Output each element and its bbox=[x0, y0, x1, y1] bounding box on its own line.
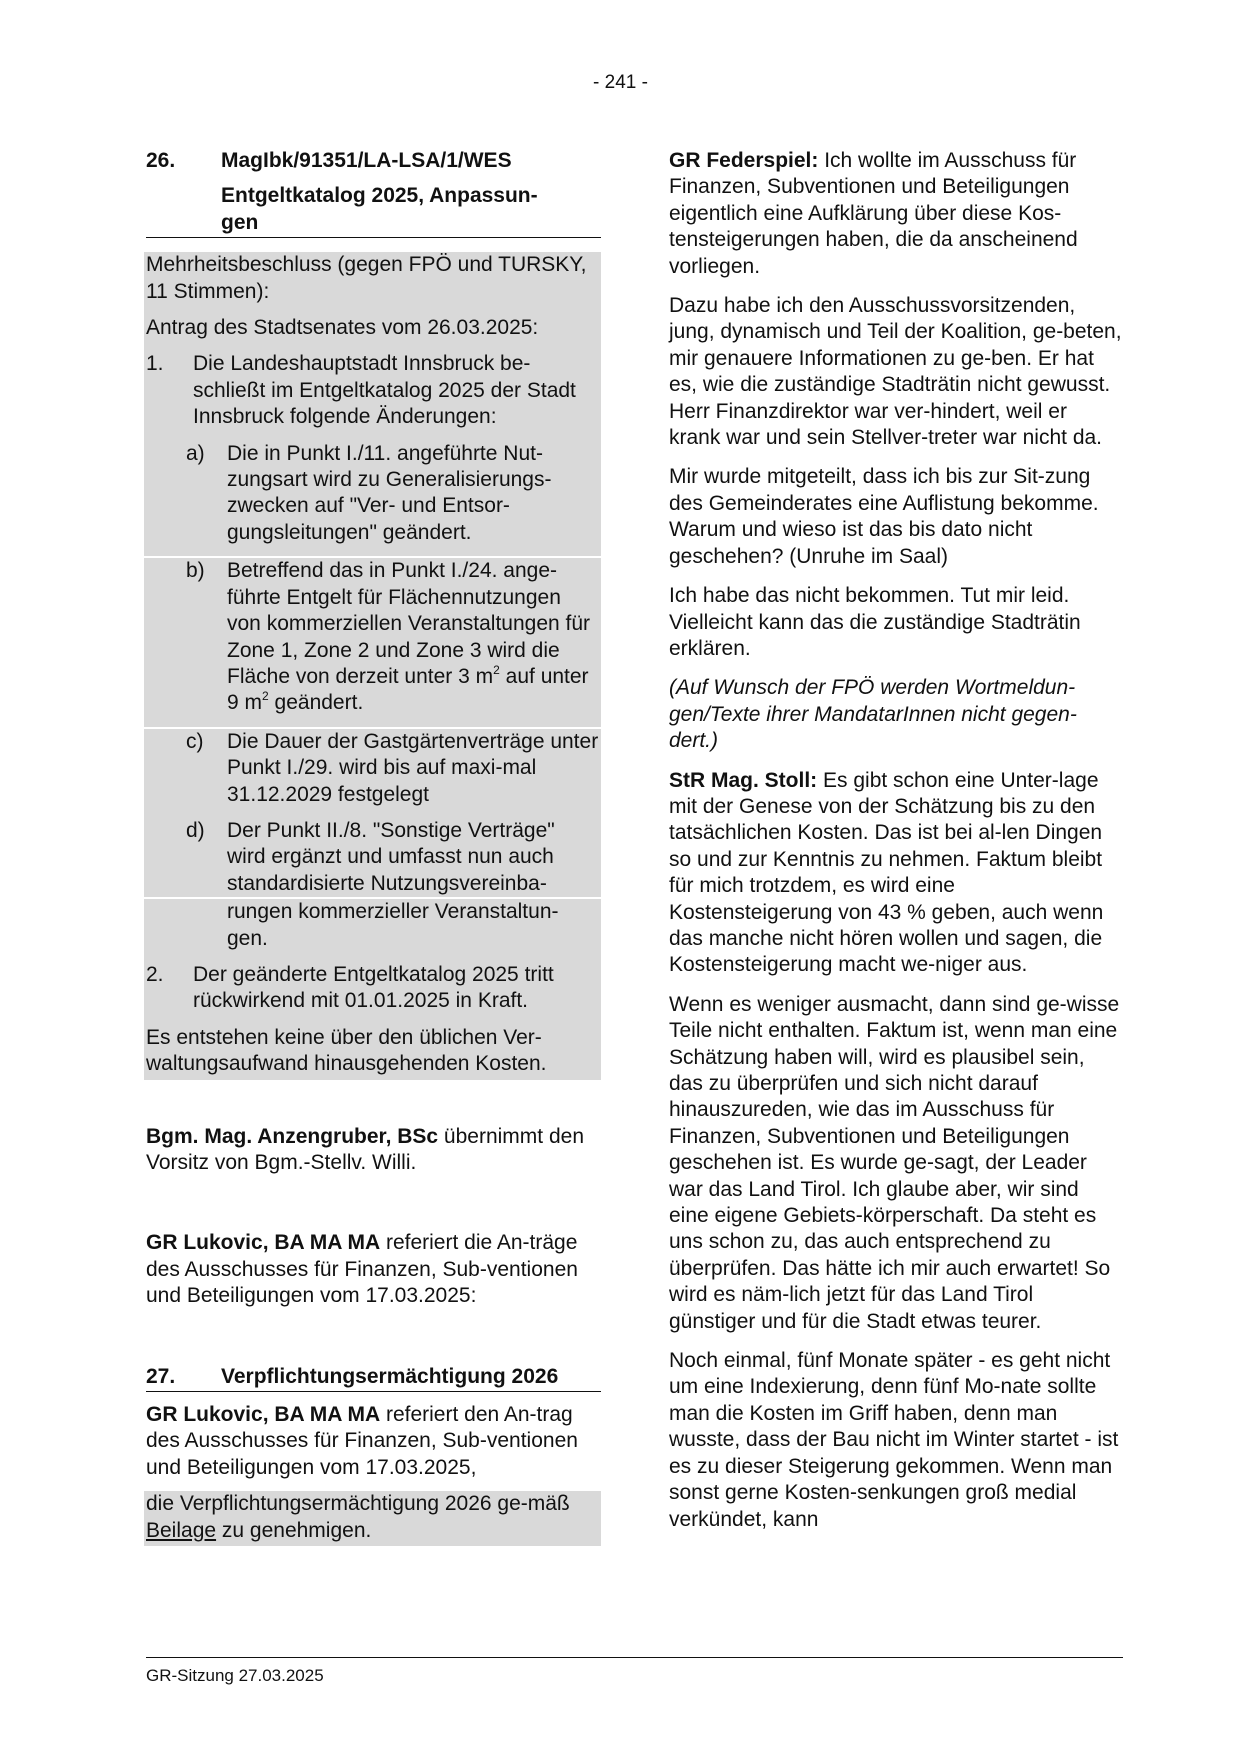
item-27-number: 27. bbox=[146, 1364, 221, 1390]
item-26-reference: MagIbk/91351/LA-LSA/1/WES bbox=[221, 148, 601, 174]
resolution-sub-c: c) Die Dauer der Gastgärtenverträge unte… bbox=[146, 729, 599, 818]
statement-stoll: StR Mag. Stoll: Es gibt schon eine Unter… bbox=[669, 768, 1123, 979]
resolution-sub-b: b) Betreffend das in Punkt I./24. ange-f… bbox=[146, 558, 599, 726]
sub-text: Die Dauer der Gastgärtenverträge unter P… bbox=[227, 729, 599, 808]
resolution-sub-d: d) Der Punkt II./8. "Sonstige Verträge" … bbox=[146, 818, 599, 897]
point-number: 2. bbox=[146, 962, 193, 1015]
spacer bbox=[186, 899, 227, 952]
resolution-block: Mehrheitsbeschluss (gegen FPÖ und TURSKY… bbox=[144, 252, 601, 556]
resolution-point-2: 2. Der geänderte Entgeltkatalog 2025 tri… bbox=[146, 962, 599, 1025]
speaker-name: GR Federspiel: bbox=[669, 149, 818, 172]
paragraph: Ich habe das nicht bekommen. Tut mir lei… bbox=[669, 583, 1123, 662]
speaker-name: GR Lukovic, BA MA MA bbox=[146, 1231, 380, 1254]
resolution-block-end: rungen kommerzieller Veranstaltun-gen. 2… bbox=[144, 899, 601, 1079]
beilage-link[interactable]: Beilage bbox=[146, 1519, 216, 1542]
motion-text-part: zu genehmigen. bbox=[216, 1519, 371, 1542]
paragraph: Noch einmal, fünf Monate später - es geh… bbox=[669, 1348, 1123, 1533]
item-27-motion: die Verpflichtungsermächtigung 2026 ge-m… bbox=[144, 1491, 601, 1546]
point-text: Der geänderte Entgeltkatalog 2025 tritt … bbox=[193, 962, 599, 1015]
cost-statement: Es entstehen keine über den üblichen Ver… bbox=[146, 1025, 599, 1080]
resolution-point-1: 1. Die Landeshauptstadt Innsbruck be-sch… bbox=[146, 351, 599, 440]
sub-text: Der Punkt II./8. "Sonstige Verträge" wir… bbox=[227, 818, 599, 897]
statement-federspiel: GR Federspiel: Ich wollte im Ausschuss f… bbox=[669, 148, 1123, 280]
footer-session: GR-Sitzung 27.03.2025 bbox=[146, 1666, 324, 1686]
right-column: GR Federspiel: Ich wollte im Ausschuss f… bbox=[669, 148, 1123, 1546]
sub-label: a) bbox=[186, 441, 227, 547]
sub-text: rungen kommerzieller Veranstaltun-gen. bbox=[227, 899, 599, 952]
superscript: 2 bbox=[262, 689, 269, 703]
paragraph-text: Es gibt schon eine Unter-lage mit der Ge… bbox=[669, 769, 1103, 977]
superscript: 2 bbox=[493, 663, 500, 677]
footer-divider bbox=[146, 1657, 1123, 1658]
resolution-sub-a: a) Die in Punkt I./11. angeführte Nut-zu… bbox=[146, 441, 599, 557]
report-intro: GR Lukovic, BA MA MA referiert die An-tr… bbox=[146, 1230, 601, 1309]
paragraph: Dazu habe ich den Ausschussvorsitzenden,… bbox=[669, 293, 1123, 451]
item-26-heading: 26. MagIbk/91351/LA-LSA/1/WES Entgeltkat… bbox=[146, 148, 601, 238]
motion-text-part: die Verpflichtungsermächtigung 2026 ge-m… bbox=[146, 1492, 570, 1515]
sub-text: Betreffend das in Punkt I./24. ange-führ… bbox=[227, 558, 599, 716]
item-27-report: GR Lukovic, BA MA MA referiert den An-tr… bbox=[146, 1402, 601, 1481]
point-number: 1. bbox=[146, 351, 193, 430]
spacer bbox=[146, 1320, 601, 1364]
item-27-heading: 27. Verpflichtungsermächtigung 2026 bbox=[146, 1364, 601, 1392]
spacer bbox=[146, 1080, 601, 1124]
spacer bbox=[146, 1186, 601, 1230]
speaker-name: Bgm. Mag. Anzengruber, BSc bbox=[146, 1125, 438, 1148]
chair-change: Bgm. Mag. Anzengruber, BSc übernimmt den… bbox=[146, 1124, 601, 1177]
sub-label: d) bbox=[186, 818, 227, 897]
sub-label: b) bbox=[186, 558, 227, 716]
sub-label: c) bbox=[186, 729, 227, 808]
item-26-number: 26. bbox=[146, 148, 221, 174]
motion-intro: Antrag des Stadtsenates vom 26.03.2025: bbox=[146, 315, 599, 351]
speaker-name: StR Mag. Stoll: bbox=[669, 769, 817, 792]
item-27-title: Verpflichtungsermächtigung 2026 bbox=[221, 1364, 601, 1390]
resolution-block-b: b) Betreffend das in Punkt I./24. ange-f… bbox=[144, 558, 601, 726]
resolution-block-cd: c) Die Dauer der Gastgärtenverträge unte… bbox=[144, 729, 601, 897]
left-column: 26. MagIbk/91351/LA-LSA/1/WES Entgeltkat… bbox=[146, 148, 601, 1546]
resolution-sub-d-cont: rungen kommerzieller Veranstaltun-gen. bbox=[146, 899, 599, 962]
sub-text-part: geändert. bbox=[269, 691, 364, 714]
paragraph: Mir wurde mitgeteilt, dass ich bis zur S… bbox=[669, 464, 1123, 570]
vote-result: Mehrheitsbeschluss (gegen FPÖ und TURSKY… bbox=[146, 252, 599, 315]
paragraph: Wenn es weniger ausmacht, dann sind ge-w… bbox=[669, 992, 1123, 1335]
motion-text: die Verpflichtungsermächtigung 2026 ge-m… bbox=[146, 1491, 599, 1546]
sub-text: Die in Punkt I./11. angeführte Nut-zungs… bbox=[227, 441, 599, 547]
speaker-name: GR Lukovic, BA MA MA bbox=[146, 1403, 380, 1426]
item-26-title: Entgeltkatalog 2025, Anpassun-gen bbox=[146, 183, 601, 236]
page-number: - 241 - bbox=[0, 72, 1241, 94]
gender-note: (Auf Wunsch der FPÖ werden Wortmeldun-ge… bbox=[669, 675, 1123, 754]
point-text: Die Landeshauptstadt Innsbruck be-schlie… bbox=[193, 351, 599, 430]
